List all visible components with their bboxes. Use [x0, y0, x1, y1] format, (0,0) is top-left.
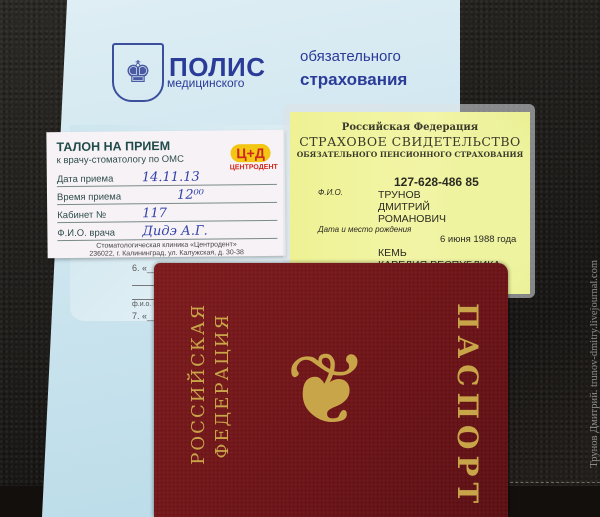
coupon-row-doctor: Ф.И.О. врача Дидэ А.Г.: [57, 222, 277, 241]
birth-label: Дата и место рождения: [318, 225, 411, 234]
coupon-row-room: Кабинет № 117: [57, 204, 277, 223]
surname: ТРУНОВ: [378, 189, 421, 201]
coat-of-arms-icon: ♚: [112, 43, 164, 102]
double-headed-eagle-icon: ❦: [262, 325, 392, 455]
birth-date: 6 июня 1988 года: [440, 234, 516, 245]
passport-word: ПАСПОРТ: [451, 303, 484, 509]
coupon-row-date: Дата приема 14.11.13: [57, 168, 277, 187]
passport: РОССИЙСКАЯ ФЕДЕРАЦИЯ ❦ ПАСПОРТ: [154, 263, 508, 517]
snils-subtitle: ОБЯЗАТЕЛЬНОГО ПЕНСИОННОГО СТРАХОВАНИЯ: [290, 150, 530, 159]
oms-title-line2: медицинского: [167, 76, 244, 90]
snils-title: СТРАХОВОЕ СВИДЕТЕЛЬСТВО: [290, 134, 530, 149]
centrodent-logo-icon: Ц+Д: [230, 144, 270, 162]
passport-country-line2: ФЕДЕРАЦИЯ: [212, 313, 233, 459]
snils-number: 127-628-486 85: [394, 175, 479, 189]
snils-country: Российская Федерация: [290, 122, 530, 133]
appointment-coupon: ТАЛОН НА ПРИЕМ к врачу-стоматологу по ОМ…: [46, 130, 285, 258]
oms-title-line1: обязательного: [300, 48, 401, 65]
stitching: [500, 482, 600, 483]
passport-country-line1: РОССИЙСКАЯ: [188, 303, 209, 465]
oms-title-line3: страхования: [300, 70, 407, 90]
first-name: ДМИТРИЙ: [378, 201, 430, 213]
birth-place: КЕМЬ: [378, 247, 407, 259]
coupon-row-time: Время приема 12⁰⁰: [57, 186, 277, 205]
watermark: Трунов Дмитрий. trunov-dmitry.livejourna…: [589, 260, 600, 468]
patronymic: РОМАНОВИЧ: [378, 213, 446, 225]
fio-label: Ф.И.О.: [318, 188, 343, 197]
coupon-title: ТАЛОН НА ПРИЕМ: [56, 139, 170, 154]
coupon-subtitle: к врачу-стоматологу по ОМС: [57, 154, 184, 166]
